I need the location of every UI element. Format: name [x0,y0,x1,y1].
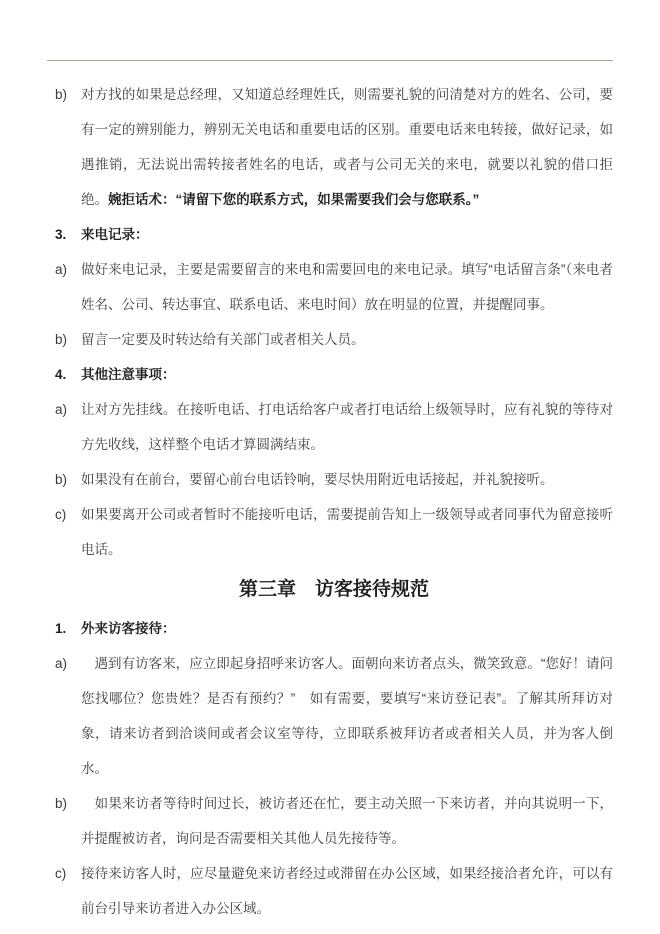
section-heading: 1. 外来访客接待： [55,611,613,646]
list-item: c) 接待来访客人时，应尽量避免来访者经过或滞留在办公区域，如果经接洽者允许，可… [55,856,613,926]
list-item: a) 让对方先挂线。在接听电话、打电话给客户或者打电话给上级领导时，应有礼貌的等… [55,392,613,462]
section-number: 1. [55,611,81,646]
list-item-label: b) [55,322,81,357]
text-run: 留言一定要及时转达给有关部门或者相关人员。 [81,332,365,347]
text-run: 对方找的如果是总经理，又知道总经理姓氏，则需要礼貌的问清楚对方的姓名、公司，要有… [81,87,613,207]
text-run: 遇到有访客来，应立即起身招呼来访客人。面朝向来访者点头，微笑致意。“您好！请问您… [81,656,613,776]
text-run: 如果没有在前台，要留心前台电话铃响，要尽快用附近电话接起，并礼貌接听。 [81,472,554,487]
section-heading-text: 来电记录： [81,217,613,252]
list-item: b) 如果来访者等待时间过长，被访者还在忙，要主动关照一下来访者，并向其说明一下… [55,786,613,856]
section-heading: 4. 其他注意事项： [55,357,613,392]
header-divider [47,60,613,61]
list-item-label: a) [55,252,81,287]
section-number: 3. [55,217,81,252]
list-item-text: 留言一定要及时转达给有关部门或者相关人员。 [81,322,613,357]
list-item: b) 留言一定要及时转达给有关部门或者相关人员。 [55,322,613,357]
chapter-heading: 第三章 访客接待规范 [55,569,613,611]
list-item-label: c) [55,497,81,532]
list-item-label: a) [55,392,81,427]
list-item-text: 如果没有在前台，要留心前台电话铃响，要尽快用附近电话接起，并礼貌接听。 [81,462,613,497]
list-item-label: b) [55,77,81,112]
list-item-text: 对方找的如果是总经理，又知道总经理姓氏，则需要礼貌的问清楚对方的姓名、公司，要有… [81,77,613,217]
bold-text-run: 其他注意事项： [81,367,176,382]
list-item-text: 接待来访客人时，应尽量避免来访者经过或滞留在办公区域，如果经接洽者允许，可以有前… [81,856,613,926]
list-item: c) 如果要离开公司或者暂时不能接听电话，需要提前告知上一级领导或者同事代为留意… [55,497,613,567]
list-item-label: b) [55,786,81,821]
list-item-text: 让对方先挂线。在接听电话、打电话给客户或者打电话给上级领导时，应有礼貌的等待对方… [81,392,613,462]
list-item: a) 遇到有访客来，应立即起身招呼来访客人。面朝向来访者点头，微笑致意。“您好！… [55,646,613,786]
list-item-text: 做好来电记录，主要是需要留言的来电和需要回电的来电记录。填写“电话留言条”（来电… [81,252,613,322]
section-heading: 3. 来电记录： [55,217,613,252]
section-number: 4. [55,357,81,392]
text-run: 如果来访者等待时间过长，被访者还在忙，要主动关照一下来访者，并向其说明一下，并提… [81,796,613,846]
text-run: 做好来电记录，主要是需要留言的来电和需要回电的来电记录。填写“电话留言条”（来电… [81,262,613,312]
bold-text-run: 来电记录： [81,227,149,242]
bold-text-run: 婉拒话术：“请留下您的联系方式，如果需要我们会与您联系。” [108,192,479,207]
list-item: a) 做好来电记录，主要是需要留言的来电和需要回电的来电记录。填写“电话留言条”… [55,252,613,322]
list-item-label: b) [55,462,81,497]
text-run: 如果要离开公司或者暂时不能接听电话，需要提前告知上一级领导或者同事代为留意接听电… [81,507,613,557]
list-item-text: 遇到有访客来，应立即起身招呼来访客人。面朝向来访者点头，微笑致意。“您好！请问您… [81,646,613,786]
bold-text-run: 外来访客接待： [81,621,176,636]
list-item-text: 如果来访者等待时间过长，被访者还在忙，要主动关照一下来访者，并向其说明一下，并提… [81,786,613,856]
section-heading-text: 外来访客接待： [81,611,613,646]
text-run: 让对方先挂线。在接听电话、打电话给客户或者打电话给上级领导时，应有礼貌的等待对方… [81,402,613,452]
section-heading-text: 其他注意事项： [81,357,613,392]
document-page: b) 对方找的如果是总经理，又知道总经理姓氏，则需要礼貌的问清楚对方的姓名、公司… [0,0,660,934]
list-item-text: 如果要离开公司或者暂时不能接听电话，需要提前告知上一级领导或者同事代为留意接听电… [81,497,613,567]
list-item: b) 如果没有在前台，要留心前台电话铃响，要尽快用附近电话接起，并礼貌接听。 [55,462,613,497]
list-item-label: a) [55,646,81,681]
list-item-label: c) [55,856,81,891]
list-item: b) 对方找的如果是总经理，又知道总经理姓氏，则需要礼貌的问清楚对方的姓名、公司… [55,77,613,217]
document-content: b) 对方找的如果是总经理，又知道总经理姓氏，则需要礼貌的问清楚对方的姓名、公司… [55,77,613,926]
text-run: 接待来访客人时，应尽量避免来访者经过或滞留在办公区域，如果经接洽者允许，可以有前… [81,866,613,916]
